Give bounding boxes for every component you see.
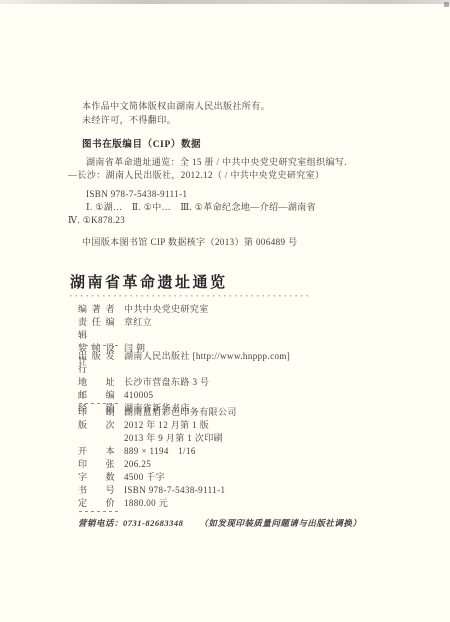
printing-row: 2013 年 9 月第 1 次印刷 (78, 432, 237, 445)
field-value: 章红立 (124, 316, 152, 342)
field-value: 410005 (124, 389, 153, 402)
sales-phone: 营销电话：0731-82683348 (78, 517, 183, 529)
cip-title-line: 湖南省革命遗址通览：全 15 册 / 中共中央党史研究室组织编写. (68, 156, 347, 169)
field-value: 湖南人民出版社 [http://www.hnppp.com] (124, 350, 290, 376)
field-value: 2012 年 12 月第 1 版 (124, 419, 209, 432)
book-title: 湖南省革命遗址通览 (70, 271, 228, 292)
printing-block: 印刷 湖南蓝盾彩色印务有限公司 版次 2012 年 12 月第 1 版 2013… (78, 406, 237, 510)
field-label: 编著者 (78, 303, 115, 316)
cip-classification-line: Ⅳ. ①K878.23 (68, 214, 347, 227)
field-label: 字数 (78, 471, 115, 484)
printing-row: 开本 889 × 1194 1/16 (78, 445, 237, 458)
field-label: 书号 (78, 484, 115, 497)
field-value: 206.25 (124, 458, 151, 471)
field-value: 长沙市营盘东路 3 号 (124, 376, 209, 389)
footer-contact: 营销电话：0731-82683348 （如发现印装质量问题请与出版社调换） (78, 517, 361, 529)
printing-row: 版次 2012 年 12 月第 1 版 (78, 419, 237, 432)
printing-row: 印张 206.25 (78, 458, 237, 471)
copyright-notice-line: 未经许可，不得翻印。 (82, 114, 270, 128)
publishing-row: 地址 长沙市营盘东路 3 号 (78, 376, 290, 389)
credit-row: 编著者 中共中央党史研究室 (78, 303, 209, 316)
field-value: 889 × 1194 1/16 (124, 445, 196, 458)
field-label: 出版发行 (78, 350, 115, 376)
field-label: 定价 (78, 497, 115, 510)
cip-header: 图书在版编目（CIP）数据 (82, 139, 201, 153)
field-label: 开本 (78, 445, 115, 458)
cip-record-number: 中国版本图书馆 CIP 数据核字（2013）第 006489 号 (68, 236, 347, 249)
field-value: 1880.00 元 (124, 497, 168, 510)
dotted-rule (70, 295, 312, 297)
field-value: ISBN 978-7-5438-9111-1 (124, 484, 225, 497)
printing-row: 印刷 湖南蓝盾彩色印务有限公司 (78, 406, 237, 419)
scan-corner-speck (444, 2, 449, 7)
printing-row: 定价 1880.00 元 (78, 497, 237, 510)
scanned-copyright-page: 本作品中文简体版权由湖南人民出版社所有。 未经许可，不得翻印。 图书在版编目（C… (0, 0, 450, 622)
copyright-notice-line: 本作品中文简体版权由湖南人民出版社所有。 (82, 100, 270, 114)
dashed-separator (79, 345, 119, 346)
field-label: 印张 (78, 458, 115, 471)
field-label: 地址 (78, 376, 115, 389)
cip-classification-line: Ⅰ. ①湖… Ⅱ. ①中… Ⅲ. ①革命纪念地—介绍—湖南省 (68, 201, 347, 214)
field-value: 4500 千字 (124, 471, 165, 484)
field-label: 印刷 (78, 406, 115, 419)
field-label (78, 432, 115, 445)
credit-row: 责任编辑 章红立 (78, 316, 209, 342)
field-label: 责任编辑 (78, 316, 115, 342)
field-value: 中共中央党史研究室 (124, 303, 209, 316)
field-label: 邮编 (78, 389, 115, 402)
scan-edge-artifact (0, 0, 450, 4)
publishing-row: 邮编 410005 (78, 389, 290, 402)
field-value: 2013 年 9 月第 1 次印刷 (124, 432, 223, 445)
printing-row: 字数 4500 千字 (78, 471, 237, 484)
publishing-row: 出版发行 湖南人民出版社 [http://www.hnppp.com] (78, 350, 290, 376)
dashed-separator (79, 511, 119, 512)
field-label: 版次 (78, 419, 115, 432)
cip-data-block: 湖南省革命遗址通览：全 15 册 / 中共中央党史研究室组织编写. —长沙：湖南… (68, 156, 347, 249)
cip-publisher-line: —长沙：湖南人民出版社，2012.12（ / 中共中央党史研究室） (68, 169, 347, 182)
dashed-separator (79, 403, 119, 404)
field-value: 湖南蓝盾彩色印务有限公司 (124, 406, 237, 419)
printing-row: 书号 ISBN 978-7-5438-9111-1 (78, 484, 237, 497)
cip-isbn-line: ISBN 978-7-5438-9111-1 (68, 188, 347, 201)
copyright-notice: 本作品中文简体版权由湖南人民出版社所有。 未经许可，不得翻印。 (82, 100, 270, 127)
quality-note: （如发现印装质量问题请与出版社调换） (199, 517, 361, 529)
